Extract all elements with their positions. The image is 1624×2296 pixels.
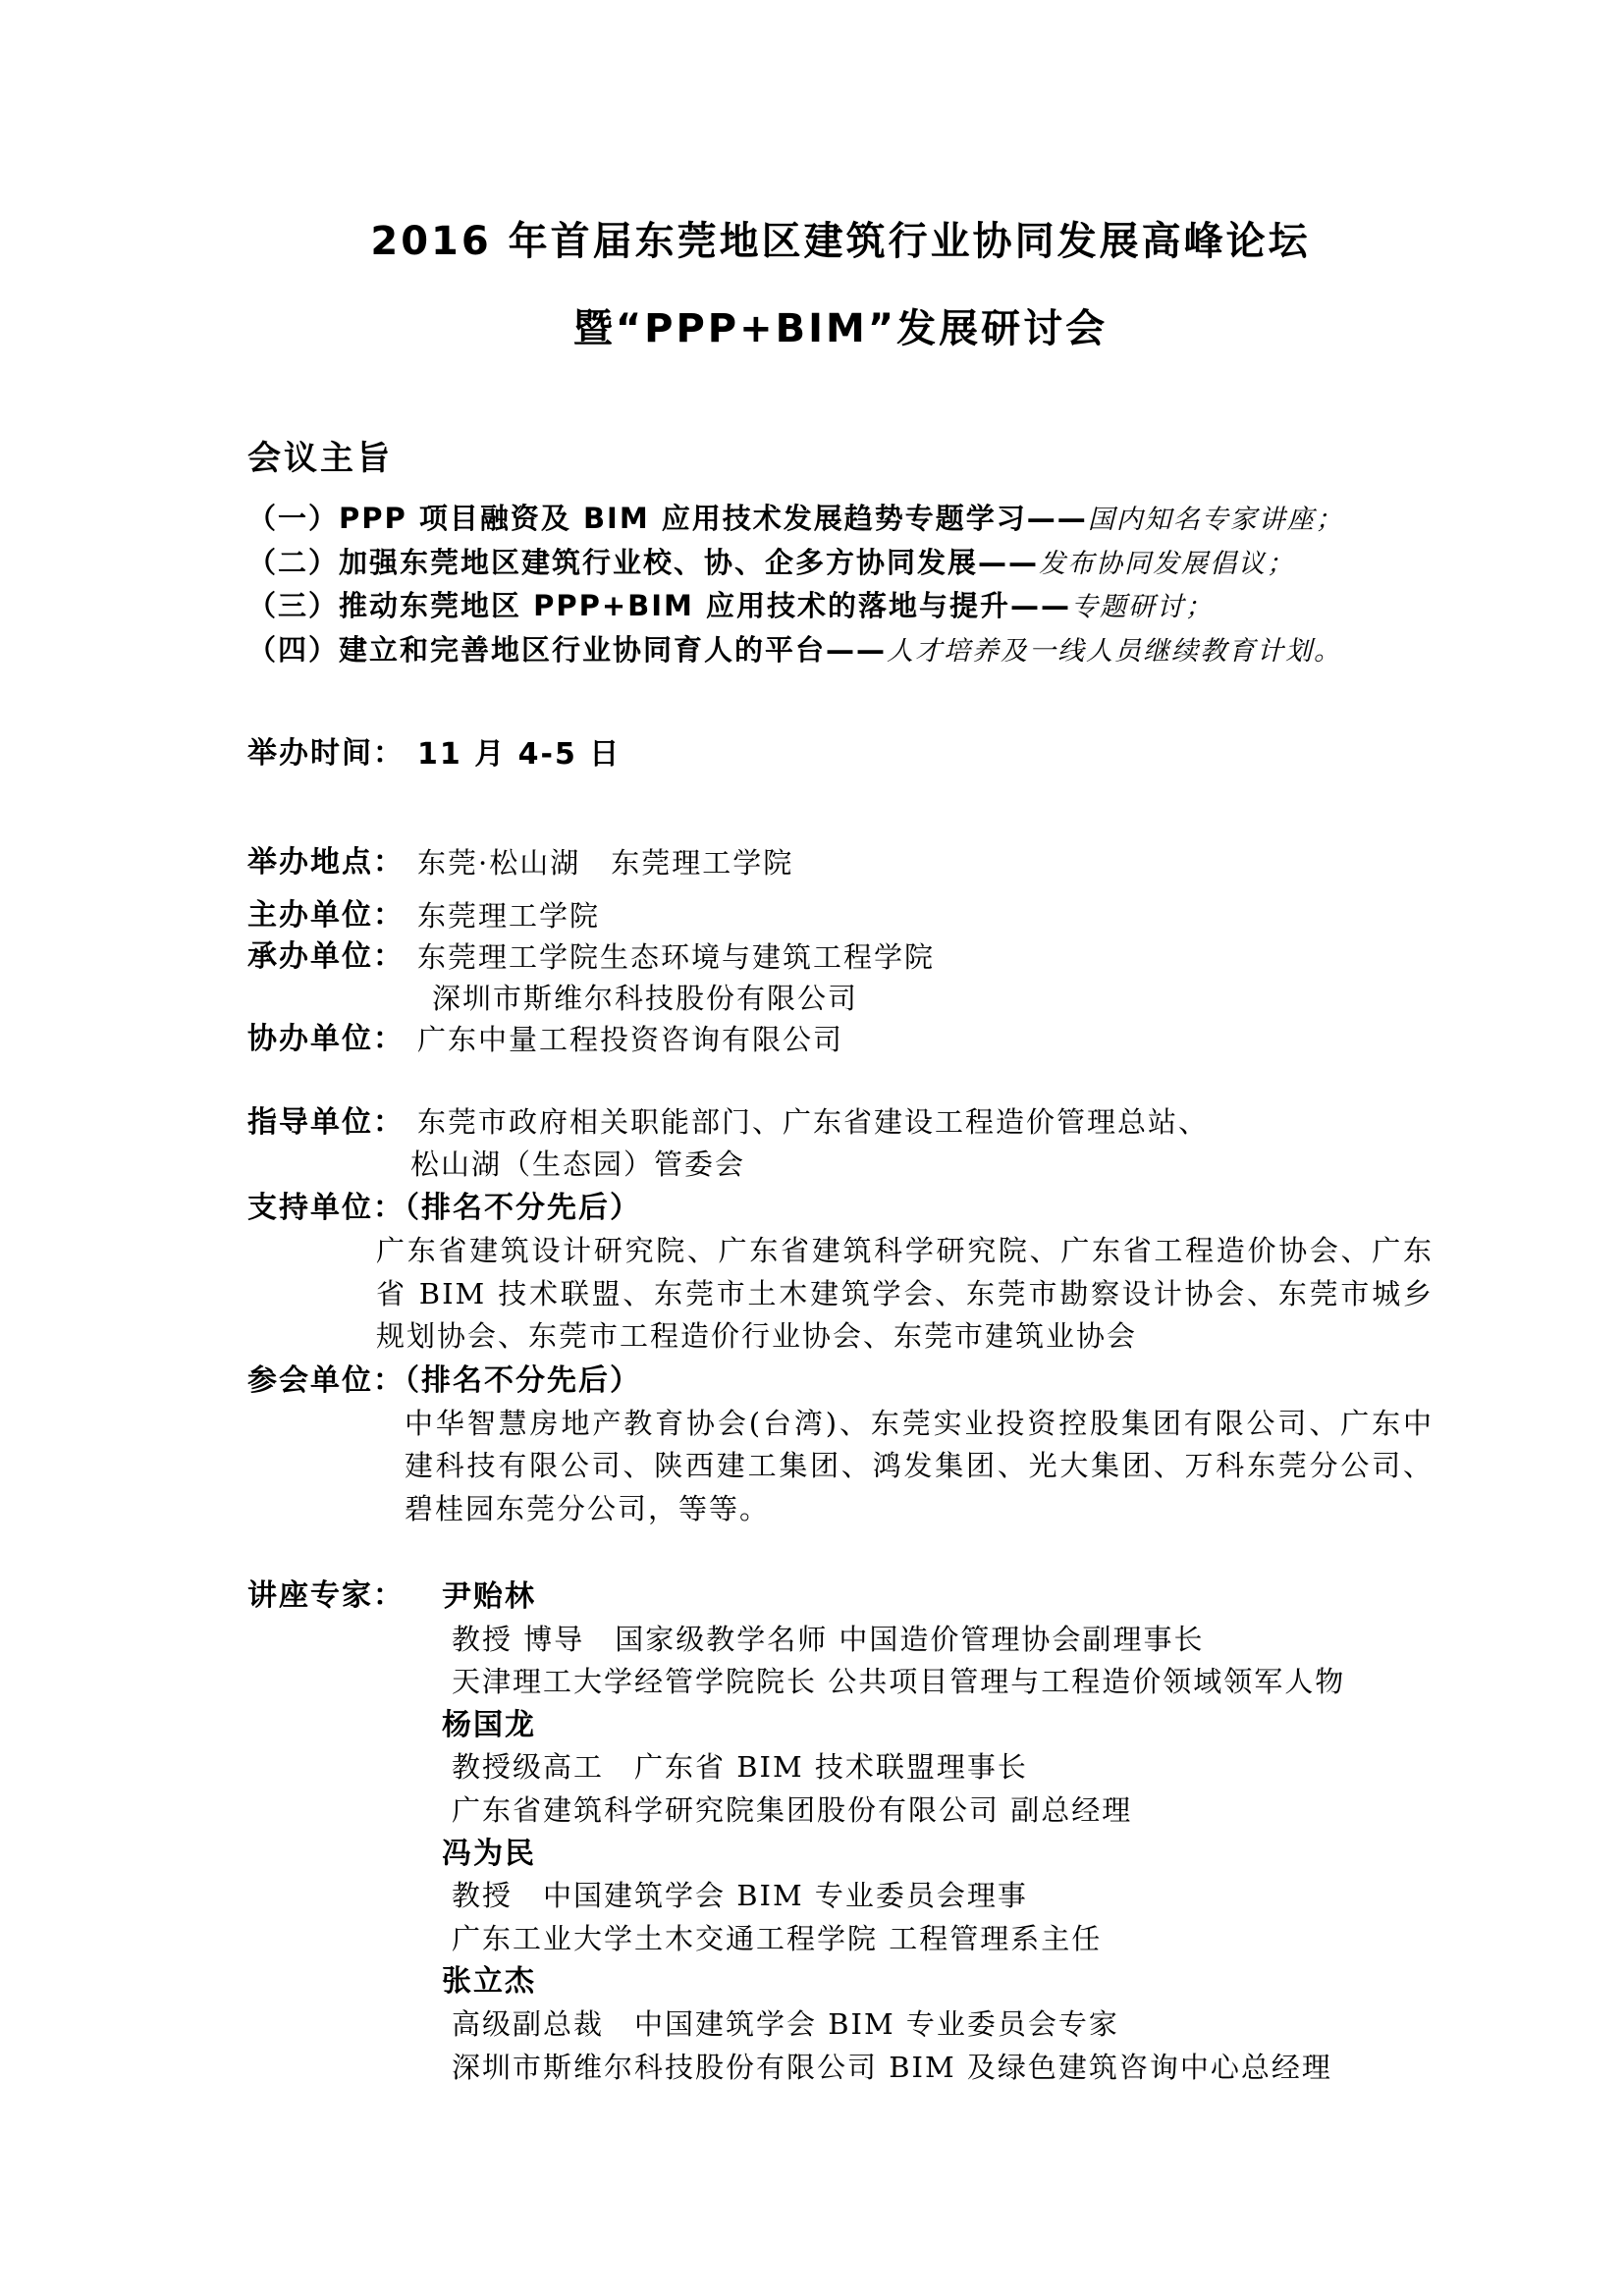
expert-2-name: 杨国龙	[247, 1704, 1434, 1747]
agenda-item-1-lead: （一）PPP 项目融资及 BIM 应用技术发展趋势专题学习——	[247, 502, 1088, 535]
agenda-item-3-tail: 专题研讨；	[1071, 592, 1214, 622]
expert-4-desc-1: 高级副总裁 中国建筑学会 BIM 专业委员会专家	[247, 2003, 1434, 2047]
expert-1-desc-1: 教授 博导 国家级教学名师 中国造价管理协会副理事长	[247, 1619, 1434, 1662]
expert-2-desc-1: 教授级高工 广东省 BIM 技术联盟理事长	[247, 1746, 1434, 1789]
expert-3-desc-2: 广东工业大学土木交通工程学院 工程管理系主任	[247, 1918, 1434, 1961]
agenda-item-4-tail: 人才培养及一线人员继续教育计划。	[887, 636, 1342, 667]
agenda-item-3: （三）推动东莞地区 PPP+BIM 应用技术的落地与提升——专题研讨；	[247, 585, 1434, 629]
agenda-list: （一）PPP 项目融资及 BIM 应用技术发展趋势专题学习——国内知名专家讲座；…	[247, 498, 1434, 672]
expert-1-desc-2: 天津理工大学经管学院院长 公共项目管理与工程造价领域领军人物	[247, 1661, 1434, 1704]
organizer-group: 主办单位：东莞理工学院 承办单位：东莞理工学院生态环境与建筑工程学院 深圳市斯维…	[247, 895, 1434, 1060]
event-time-row: 举办时间：11 月 4-5 日	[247, 732, 1434, 776]
agenda-item-3-lead: （三）推动东莞地区 PPP+BIM 应用技术的落地与提升——	[247, 589, 1071, 622]
event-venue-value: 东莞·松山湖 东莞理工学院	[417, 846, 793, 880]
event-venue-label: 举办地点：	[247, 841, 417, 884]
expert-3-name: 冯为民	[247, 1833, 1434, 1876]
agenda-heading: 会议主旨	[247, 436, 1434, 481]
experts-header-row: 讲座专家：尹贻林	[247, 1575, 1434, 1619]
guidance-value-line2: 松山湖（生态园）管委会	[410, 1148, 745, 1181]
agenda-item-4: （四）建立和完善地区行业协同育人的平台——人才培养及一线人员继续教育计划。	[247, 629, 1434, 673]
event-time-label: 举办时间：	[247, 732, 417, 775]
guidance-row: 指导单位：东莞市政府相关职能部门、广东省建设工程造价管理总站、	[247, 1101, 1434, 1144]
agenda-item-1: （一）PPP 项目融资及 BIM 应用技术发展趋势专题学习——国内知名专家讲座；	[247, 498, 1434, 542]
participants-body: 中华智慧房地产教育协会(台湾)、东莞实业投资控股集团有限公司、广东中建科技有限公…	[405, 1403, 1434, 1531]
document-title-line2: 暨“PPP+BIM”发展研讨会	[247, 305, 1434, 352]
agenda-item-1-tail: 国内知名专家讲座；	[1088, 505, 1344, 535]
coorganizer-label: 协办单位：	[247, 1019, 417, 1060]
support-label: 支持单位：（排名不分先后）	[247, 1191, 641, 1225]
agenda-item-2-lead: （二）加强东莞地区建筑行业校、协、企多方协同发展——	[247, 546, 1039, 579]
organizer-label: 承办单位：	[247, 936, 417, 978]
guidance-group: 指导单位：东莞市政府相关职能部门、广东省建设工程造价管理总站、 松山湖（生态园）…	[247, 1101, 1434, 1186]
organizer-value-line1: 东莞理工学院生态环境与建筑工程学院	[417, 940, 935, 974]
event-venue-row: 举办地点：东莞·松山湖 东莞理工学院	[247, 841, 1434, 884]
agenda-item-2: （二）加强东莞地区建筑行业校、协、企多方协同发展——发布协同发展倡议；	[247, 542, 1434, 586]
support-label-row: 支持单位：（排名不分先后）	[247, 1186, 1434, 1230]
coorganizer-row: 协办单位：广东中量工程投资咨询有限公司	[247, 1019, 1434, 1060]
guidance-row-continuation: 松山湖（生态园）管委会	[247, 1144, 1434, 1186]
host-value: 东莞理工学院	[417, 899, 600, 933]
organizer-row-continuation: 深圳市斯维尔科技股份有限公司	[247, 978, 1434, 1019]
event-time-value: 11 月 4-5 日	[417, 737, 621, 772]
participants-label: 参会单位：（排名不分先后）	[247, 1363, 641, 1398]
expert-2-desc-2: 广东省建筑科学研究院集团股份有限公司 副总经理	[247, 1789, 1434, 1833]
experts-section: 讲座专家：尹贻林 教授 博导 国家级教学名师 中国造价管理协会副理事长 天津理工…	[247, 1575, 1434, 2089]
experts-label: 讲座专家：	[247, 1575, 442, 1618]
agenda-item-4-lead: （四）建立和完善地区行业协同育人的平台——	[247, 633, 887, 667]
document-title-line1: 2016 年首届东莞地区建筑行业协同发展高峰论坛	[247, 218, 1434, 265]
host-label: 主办单位：	[247, 895, 417, 936]
coorganizer-value: 广东中量工程投资咨询有限公司	[417, 1023, 843, 1056]
document-page: 2016 年首届东莞地区建筑行业协同发展高峰论坛 暨“PPP+BIM”发展研讨会…	[0, 0, 1624, 2296]
expert-3-desc-1: 教授 中国建筑学会 BIM 专业委员会理事	[247, 1875, 1434, 1918]
expert-1-name: 尹贻林	[442, 1579, 536, 1614]
expert-4-name: 张立杰	[247, 1960, 1434, 2003]
agenda-item-2-tail: 发布协同发展倡议；	[1039, 549, 1295, 579]
organizer-row: 承办单位：东莞理工学院生态环境与建筑工程学院	[247, 936, 1434, 978]
organizer-value-line2: 深圳市斯维尔科技股份有限公司	[432, 982, 858, 1015]
expert-4-desc-2: 深圳市斯维尔科技股份有限公司 BIM 及绿色建筑咨询中心总经理	[247, 2047, 1434, 2090]
participants-label-row: 参会单位：（排名不分先后）	[247, 1359, 1434, 1403]
support-body: 广东省建筑设计研究院、广东省建筑科学研究院、广东省工程造价协会、广东省 BIM …	[376, 1230, 1434, 1359]
guidance-value-line1: 东莞市政府相关职能部门、广东省建设工程造价管理总站、	[417, 1105, 1209, 1139]
host-row: 主办单位：东莞理工学院	[247, 895, 1434, 936]
guidance-label: 指导单位：	[247, 1101, 417, 1144]
